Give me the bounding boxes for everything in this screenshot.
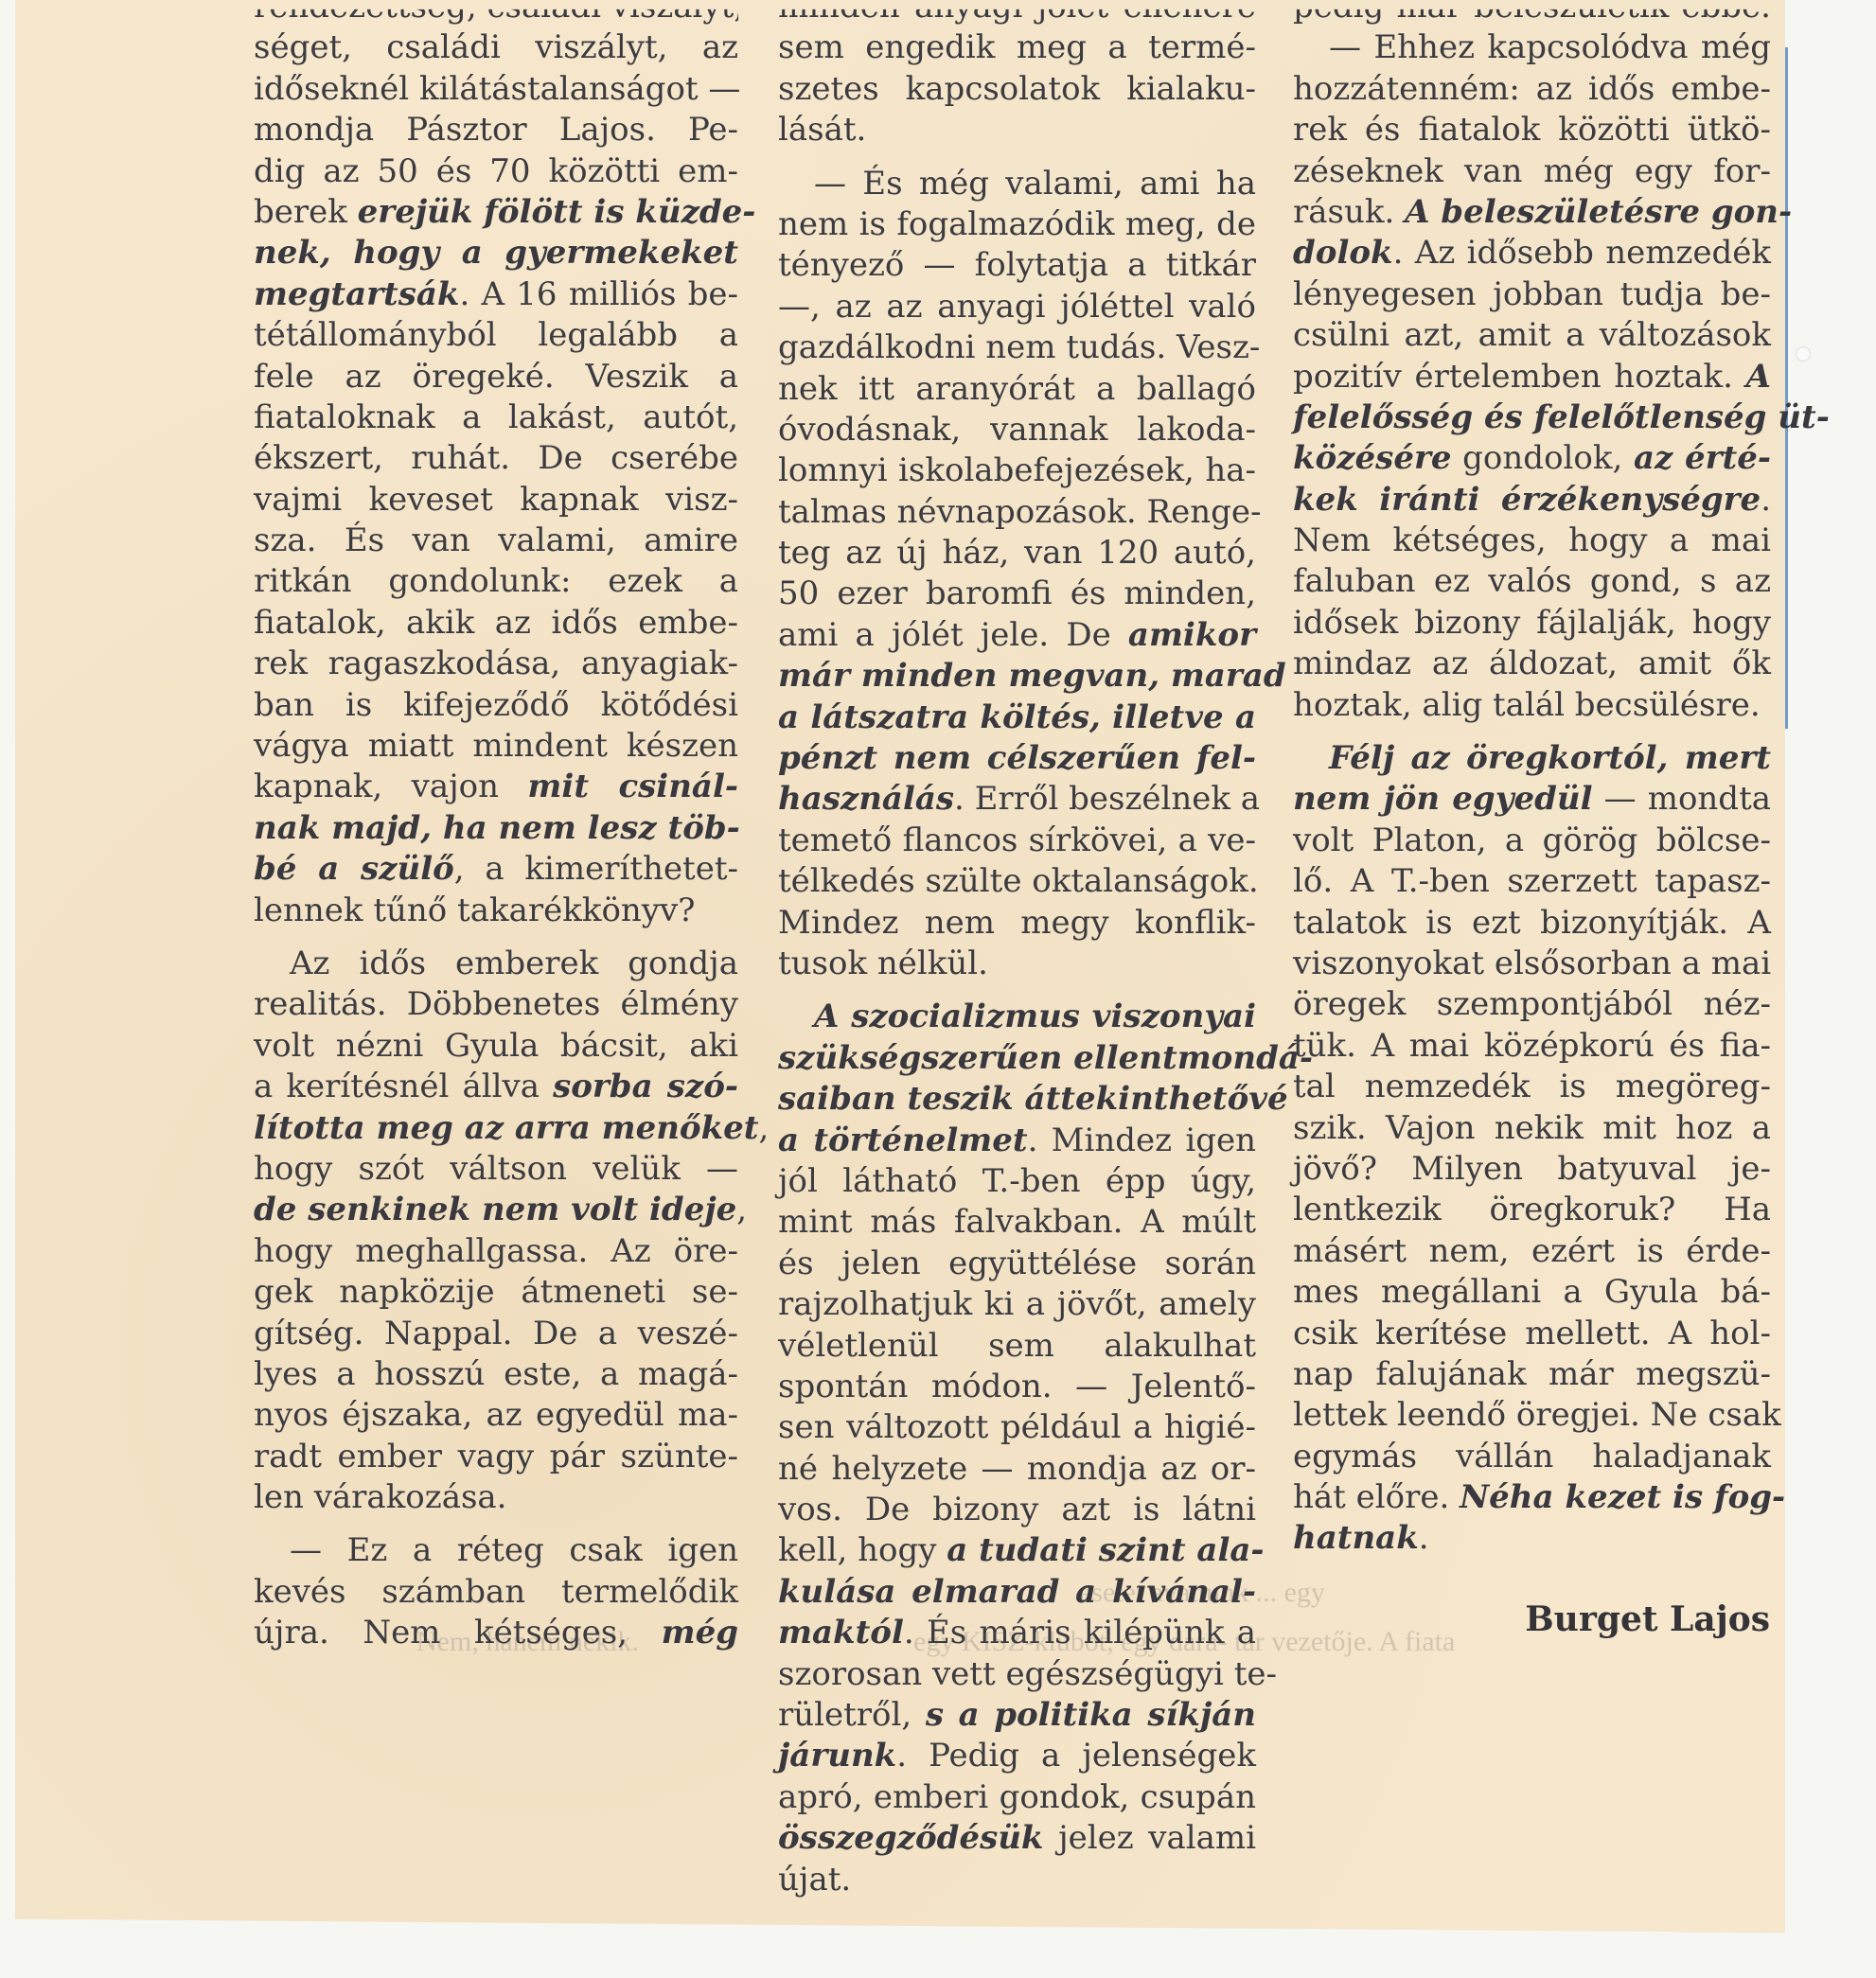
text-line: jól látható T.-ben épp úgy,: [778, 1161, 1256, 1202]
text-line: nyos éjszaka, az egyedül ma-: [254, 1395, 738, 1436]
text-line: rek ragaszkodása, anyagiak-: [254, 644, 738, 684]
text-line: de senkinek nem volt ideje,: [254, 1190, 738, 1230]
text-line: ami a jólét jele. De amikor: [778, 615, 1256, 656]
text-line: Az idős emberek gondja: [254, 944, 738, 984]
text-line: összegződésük jelez valami: [778, 1818, 1256, 1859]
text-line: nem is fogalmazódik meg, de: [778, 204, 1256, 245]
text-line: lennek tűnő takarékkönyv?: [254, 891, 738, 931]
text-line: dolok. Az idősebb nemzedék: [1293, 233, 1771, 274]
author-byline: Burget Lajos: [1495, 1599, 1770, 1639]
cut-off-line: rendezettség, családi viszályt, az: [254, 0, 738, 27]
text-line: idősek bizony fájlalják, hogy: [1293, 603, 1771, 644]
text-line: Mindez nem megy konflik-: [778, 903, 1256, 944]
text-line: kapnak, vajon mit csinál-: [254, 767, 738, 807]
text-line: felelősség és felelőtlenség üt-: [1293, 397, 1771, 438]
text-line: rületről, s a politika síkján: [778, 1695, 1256, 1736]
text-line: len várakozása.: [254, 1477, 738, 1518]
text-line: sem engedik meg a termé-: [778, 27, 1256, 68]
text-line: egymás vállán haladjanak: [1293, 1437, 1771, 1477]
text-line: nap falujának már megszü-: [1293, 1354, 1771, 1395]
text-line: dig az 50 és 70 közötti em-: [254, 151, 738, 192]
text-line: ban is kifejeződő kötődési: [254, 685, 738, 726]
text-line: óvodásnak, vannak lakoda-: [778, 410, 1256, 450]
text-line: lettek leendő öregjei. Ne csak: [1293, 1395, 1771, 1436]
text-line: kek iránti érzékenységre.: [1293, 480, 1771, 521]
text-line: radt ember vagy pár szünte-: [254, 1437, 738, 1477]
text-line: gek napközije átmeneti se-: [254, 1272, 738, 1313]
text-line: újra. Nem kétséges, még: [254, 1613, 738, 1653]
text-line: öregek szempontjából néz-: [1293, 984, 1771, 1025]
text-line: fiataloknak a lakást, autót,: [254, 397, 738, 438]
text-line: teg az új ház, van 120 autó,: [778, 533, 1256, 574]
text-line: másért nem, ezért is érde-: [1293, 1231, 1771, 1272]
text-line: a látszatra költés, illetve a: [778, 698, 1256, 738]
text-line: lította meg az arra menőket,: [254, 1108, 738, 1149]
text-line: sen változott például a higié-: [778, 1407, 1256, 1448]
text-line: saiban teszik áttekinthetővé: [778, 1079, 1256, 1120]
text-line: szetes kapcsolatok kialaku-: [778, 69, 1256, 110]
text-line: már minden megvan, marad: [778, 656, 1256, 697]
text-line: spontán módon. — Jelentő-: [778, 1367, 1256, 1407]
text-line: ékszert, ruhát. De cserébe: [254, 438, 738, 479]
text-line: csülni azt, amit a változások: [1293, 315, 1771, 356]
text-line: nem jön egyedül — mondta: [1293, 779, 1771, 820]
text-line: hogy szót váltson velük —: [254, 1149, 738, 1190]
paragraph-gap: [778, 984, 1256, 997]
text-line: megtartsák. A 16 milliós be-: [254, 274, 738, 315]
text-line: — Ez a réteg csak igen: [254, 1530, 738, 1571]
text-line: lő. A T.-ben szerzett tapasz-: [1293, 861, 1771, 902]
text-line: hozzátenném: az idős embe-: [1293, 69, 1771, 110]
article-column-left: rendezettség, családi viszályt, azséget,…: [254, 0, 738, 1654]
text-line: újat.: [778, 1860, 1256, 1900]
text-line: csik kerítése mellett. A hol-: [1293, 1314, 1771, 1354]
text-line: kell, hogy a tudati szint ala-: [778, 1530, 1256, 1571]
text-line: bé a szülő, a kimeríthetet-: [254, 849, 738, 890]
text-line: és jelen együttélése során: [778, 1244, 1256, 1284]
text-line: lentkezik öregkoruk? Ha: [1293, 1190, 1771, 1230]
text-line: volt Platon, a görög bölcse-: [1293, 821, 1771, 861]
text-line: tényező — folytatja a titkár: [778, 245, 1256, 286]
text-line: — Ehhez kapcsolódva még: [1293, 27, 1771, 68]
text-line: séget, családi viszályt, az: [254, 27, 738, 68]
text-line: lényegesen jobban tudja be-: [1293, 274, 1771, 315]
text-line: A szocializmus viszonyai: [778, 997, 1256, 1037]
text-line: fiatalok, akik az idős embe-: [254, 603, 738, 644]
text-line: faluban ez valós gond, s az: [1293, 561, 1771, 602]
text-line: vajmi keveset kapnak visz-: [254, 480, 738, 521]
text-line: apró, emberi gondok, csupán: [778, 1777, 1256, 1818]
text-line: maktól. És máris kilépünk a: [778, 1613, 1256, 1653]
text-line: gítség. Nappal. De a veszé-: [254, 1314, 738, 1354]
text-line: a kerítésnél állva sorba szó-: [254, 1067, 738, 1107]
text-line: lását.: [778, 110, 1256, 150]
text-line: talmas névnapozások. Renge-: [778, 492, 1256, 533]
text-line: lomnyi iskolabefejezések, ha-: [778, 450, 1256, 491]
text-line: berek erejük fölött is küzde-: [254, 192, 738, 233]
punch-hole: [1796, 346, 1811, 362]
text-line: jövő? Milyen batyuval je-: [1293, 1149, 1771, 1190]
text-line: mondja Pásztor Lajos. Pe-: [254, 110, 738, 150]
text-line: használás. Erről beszélnek a: [778, 779, 1256, 820]
text-line: 50 ezer baromfi és minden,: [778, 574, 1256, 614]
text-line: a történelmet. Mindez igen: [778, 1121, 1256, 1161]
text-line: —, az az anyagi jóléttel való: [778, 287, 1256, 327]
text-line: tétállományból legalább a: [254, 315, 738, 356]
text-line: hát előre. Néha kezet is fog-: [1293, 1477, 1771, 1518]
text-line: talatok is ezt bizonyítják. A: [1293, 903, 1771, 944]
text-line: vágya miatt mindent készen: [254, 726, 738, 767]
text-line: nek, hogy a gyermekeket: [254, 233, 738, 274]
text-line: hogy meghallgassa. Az öre-: [254, 1231, 738, 1272]
text-line: szükségszerűen ellentmondá-: [778, 1038, 1256, 1079]
text-line: zéseknek van még egy for-: [1293, 151, 1771, 192]
text-line: járunk. Pedig a jelenségek: [778, 1736, 1256, 1776]
text-line: tusok nélkül.: [778, 944, 1256, 984]
text-line: nek itt aranyórát a ballagó: [778, 369, 1256, 410]
text-line: — És még valami, ami ha: [778, 164, 1256, 204]
text-line: véletlenül sem alakulhat: [778, 1326, 1256, 1367]
article-column-right: pedig már beleszületik ebbe.— Ehhez kapc…: [1293, 0, 1771, 1560]
text-line: hoztak, alig talál becsülésre.: [1293, 685, 1771, 726]
text-line: volt nézni Gyula bácsit, aki: [254, 1026, 738, 1067]
text-line: temető flancos sírkövei, a ve-: [778, 821, 1256, 861]
text-line: rek és fiatalok közötti ütkö-: [1293, 110, 1771, 150]
paragraph-gap: [778, 151, 1256, 164]
text-line: gazdálkodni nem tudás. Vesz-: [778, 327, 1256, 368]
text-line: vos. De bizony azt is látni: [778, 1490, 1256, 1530]
text-line: mes megállani a Gyula bá-: [1293, 1272, 1771, 1313]
paragraph-gap: [1293, 726, 1771, 738]
text-line: rásuk. A beleszületésre gon-: [1293, 192, 1771, 233]
article-column-middle: minden anyagi jólét ellenéresem engedik …: [778, 0, 1256, 1900]
text-line: ritkán gondolunk: ezek a: [254, 561, 738, 602]
text-line: Félj az öregkortól, mert: [1293, 738, 1771, 779]
text-line: lyes a hosszú este, a magá-: [254, 1354, 738, 1395]
text-line: kevés számban termelődik: [254, 1572, 738, 1613]
paragraph-gap: [254, 931, 738, 944]
text-line: realitás. Döbbenetes élmény: [254, 984, 738, 1025]
paper-edge-stripe: [1785, 47, 1788, 729]
text-line: né helyzete — mondja az or-: [778, 1449, 1256, 1490]
text-line: viszonyokat elsősorban a mai: [1293, 944, 1771, 984]
text-line: nak majd, ha nem lesz töb-: [254, 808, 738, 849]
cut-off-line: minden anyagi jólét ellenére: [778, 0, 1256, 27]
cut-off-line: pedig már beleszületik ebbe.: [1293, 0, 1771, 27]
text-line: mindaz az áldozat, amit ők: [1293, 644, 1771, 684]
text-line: közésére gondolok, az érté-: [1293, 438, 1771, 479]
text-line: pozitív értelemben hoztak. A: [1293, 357, 1771, 397]
text-line: hatnak.: [1293, 1518, 1771, 1559]
text-line: rajzolhatjuk ki a jövőt, amely: [778, 1284, 1256, 1325]
text-line: időseknél kilátástalanságot —: [254, 69, 738, 110]
text-line: fele az öregeké. Veszik a: [254, 357, 738, 397]
text-line: szik. Vajon nekik mit hoz a: [1293, 1108, 1771, 1149]
text-line: mint más falvakban. A múlt: [778, 1202, 1256, 1243]
text-line: Nem kétséges, hogy a mai: [1293, 521, 1771, 561]
paragraph-gap: [254, 1518, 738, 1530]
text-line: sza. És van valami, amire: [254, 521, 738, 561]
text-line: szorosan vett egészségügyi te-: [778, 1654, 1256, 1695]
text-line: pénzt nem célszerűen fel-: [778, 738, 1256, 779]
text-line: tük. A mai középkorú és fia-: [1293, 1026, 1771, 1067]
text-line: télkedés szülte oktalanságok.: [778, 861, 1256, 902]
text-line: tal nemzedék is megöreg-: [1293, 1067, 1771, 1107]
text-line: kulása elmarad a kívánal-: [778, 1572, 1256, 1613]
